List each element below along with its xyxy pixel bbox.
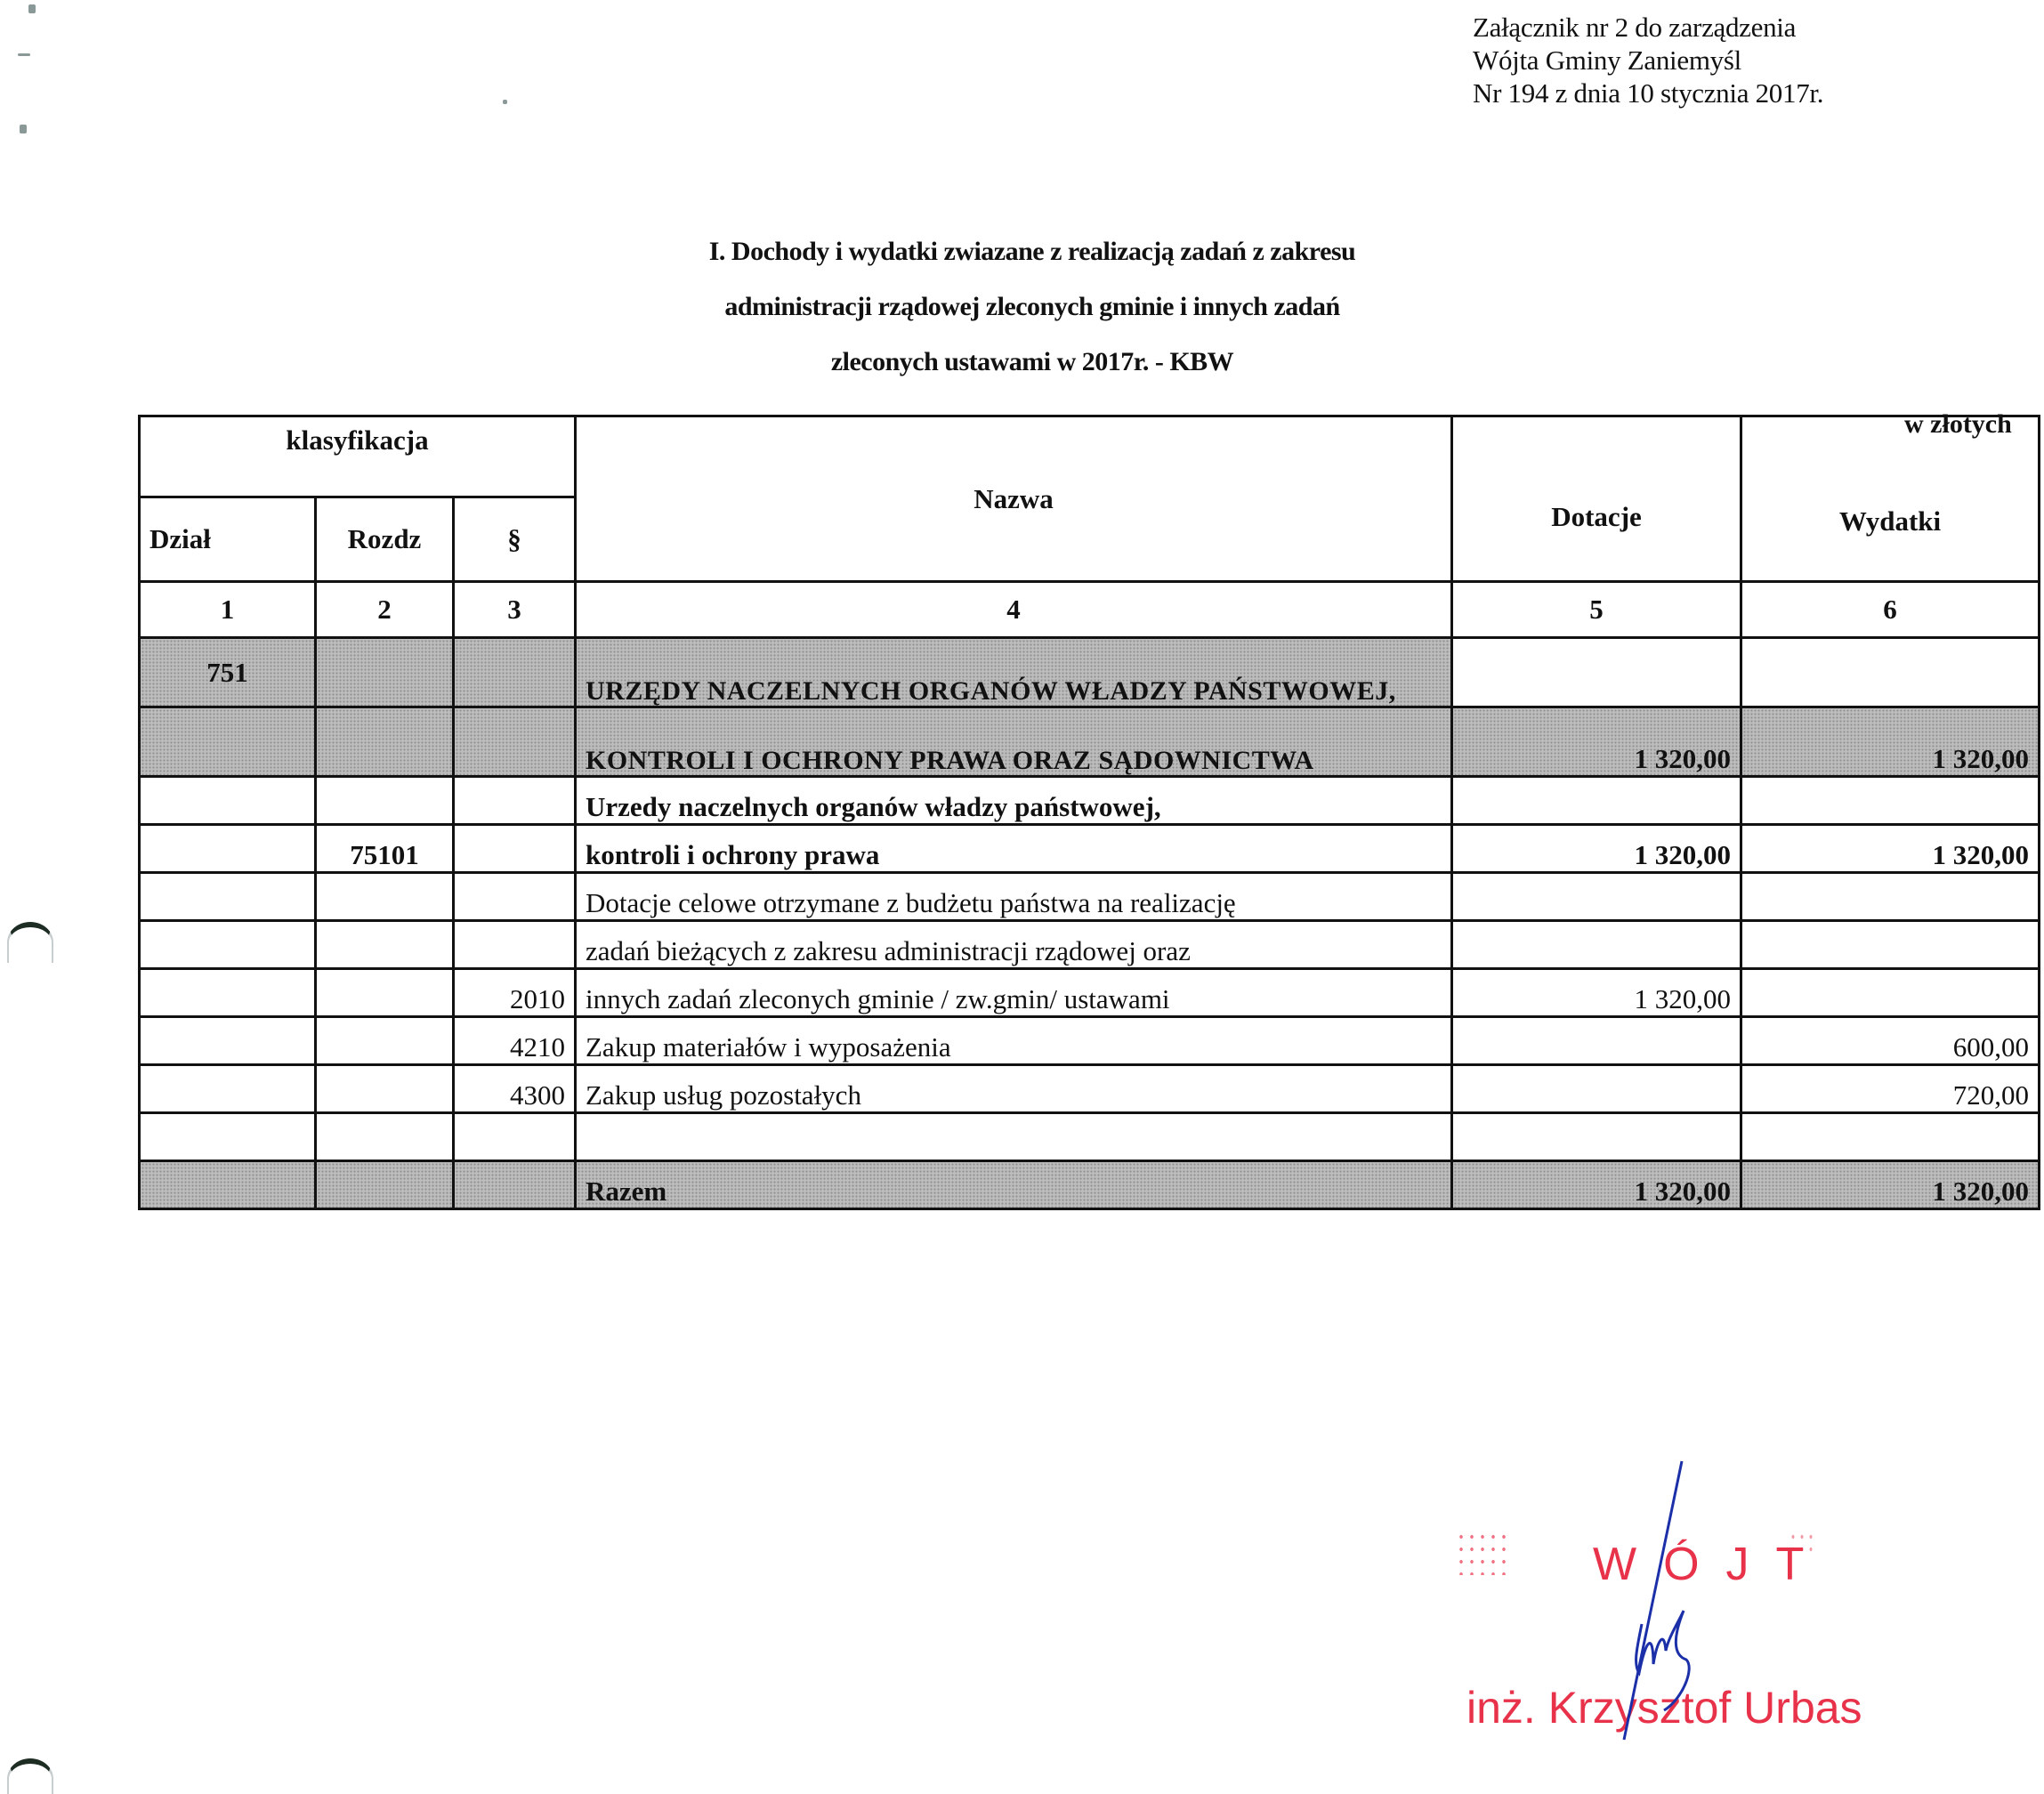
attachment-line-2: Wójta Gminy Zaniemyśl	[1473, 44, 1823, 77]
table-row: KONTROLI I OCHRONY PRAWA ORAZ SĄDOWNICTW…	[140, 707, 2040, 777]
cell-nazwa	[576, 1113, 1452, 1161]
cell-wydatki	[1741, 873, 2040, 921]
cell-dzial	[140, 1017, 316, 1065]
total-row: Razem1 320,001 320,00	[140, 1161, 2040, 1209]
scan-speck	[28, 4, 36, 13]
cell-dotacje	[1452, 1017, 1741, 1065]
cell-wydatki: 1 320,00	[1741, 825, 2040, 873]
cell-wydatki: 600,00	[1741, 1017, 2040, 1065]
cell-rozdz	[316, 707, 454, 777]
cell-wydatki	[1741, 777, 2040, 825]
table-row	[140, 1113, 2040, 1161]
cell-nazwa: Urzedy naczelnych organów władzy państwo…	[576, 777, 1452, 825]
cell-rozdz	[316, 777, 454, 825]
cell-paragraf	[454, 1113, 576, 1161]
cell-nazwa: Dotacje celowe otrzymane z budżetu państ…	[576, 873, 1452, 921]
signature	[1584, 1459, 1762, 1744]
cell-wydatki	[1741, 1113, 2040, 1161]
punch-hole-mark	[7, 922, 53, 963]
table-row: 75101kontroli i ochrony prawa1 320,001 3…	[140, 825, 2040, 873]
cell-dzial	[140, 969, 316, 1017]
table-row: Urzedy naczelnych organów władzy państwo…	[140, 777, 2040, 825]
cell-nazwa: innych zadań zleconych gminie / zw.gmin/…	[576, 969, 1452, 1017]
column-number: 4	[576, 582, 1452, 638]
cell-rozdz	[316, 969, 454, 1017]
cell-paragraf	[454, 873, 576, 921]
scan-speck	[20, 125, 27, 133]
title-line-1: I. Dochody i wydatki zwiazane z realizac…	[587, 224, 1477, 279]
total-empty-cell	[140, 1161, 316, 1209]
cell-wydatki	[1741, 969, 2040, 1017]
header-nazwa: Nazwa	[576, 416, 1452, 582]
cell-wydatki	[1741, 638, 2040, 707]
column-number-row: 1 2 3 4 5 6	[140, 582, 2040, 638]
total-empty-cell	[316, 1161, 454, 1209]
budget-table: klasyfikacja Nazwa Dotacje Wydatki Dział…	[138, 415, 2040, 1210]
cell-nazwa: KONTROLI I OCHRONY PRAWA ORAZ SĄDOWNICTW…	[576, 707, 1452, 777]
scan-speck	[18, 53, 30, 56]
cell-dotacje	[1452, 1113, 1741, 1161]
column-number: 5	[1452, 582, 1741, 638]
cell-paragraf	[454, 777, 576, 825]
table-row: Dotacje celowe otrzymane z budżetu państ…	[140, 873, 2040, 921]
cell-nazwa: Zakup usług pozostałych	[576, 1065, 1452, 1113]
cell-wydatki	[1741, 921, 2040, 969]
cell-paragraf	[454, 921, 576, 969]
cell-dotacje: 1 320,00	[1452, 707, 1741, 777]
cell-dotacje: 1 320,00	[1452, 825, 1741, 873]
stamp-dots	[1456, 1531, 1509, 1575]
cell-nazwa: kontroli i ochrony prawa	[576, 825, 1452, 873]
cell-wydatki: 720,00	[1741, 1065, 2040, 1113]
header-rozdz: Rozdz	[316, 497, 454, 582]
cell-nazwa: Zakup materiałów i wyposażenia	[576, 1017, 1452, 1065]
header-klasyfikacja: klasyfikacja	[140, 416, 576, 497]
cell-paragraf	[454, 825, 576, 873]
cell-dzial	[140, 921, 316, 969]
cell-paragraf: 4300	[454, 1065, 576, 1113]
cell-dzial	[140, 777, 316, 825]
cell-dzial	[140, 707, 316, 777]
title-line-3: zleconych ustawami w 2017r. - KBW	[587, 335, 1477, 390]
cell-nazwa: zadań bieżących z zakresu administracji …	[576, 921, 1452, 969]
table-row: 4300Zakup usług pozostałych720,00	[140, 1065, 2040, 1113]
header-dotacje: Dotacje	[1452, 416, 1741, 582]
table-row: 751URZĘDY NACZELNYCH ORGANÓW WŁADZY PAŃS…	[140, 638, 2040, 707]
cell-rozdz	[316, 1065, 454, 1113]
cell-paragraf: 4210	[454, 1017, 576, 1065]
cell-dotacje	[1452, 777, 1741, 825]
header-paragraf: §	[454, 497, 576, 582]
cell-rozdz: 75101	[316, 825, 454, 873]
cell-dzial	[140, 1113, 316, 1161]
column-number: 6	[1741, 582, 2040, 638]
table-row: 4210Zakup materiałów i wyposażenia600,00	[140, 1017, 2040, 1065]
header-wydatki: Wydatki	[1741, 416, 2040, 582]
column-number: 2	[316, 582, 454, 638]
attachment-line-1: Załącznik nr 2 do zarządzenia	[1473, 11, 1823, 44]
cell-dotacje	[1452, 1065, 1741, 1113]
cell-wydatki: 1 320,00	[1741, 707, 2040, 777]
punch-hole-mark	[7, 1758, 53, 1794]
table-row: 2010innych zadań zleconych gminie / zw.g…	[140, 969, 2040, 1017]
total-label: Razem	[576, 1161, 1452, 1209]
total-dotacje: 1 320,00	[1452, 1161, 1741, 1209]
header-dzial: Dział	[140, 497, 316, 582]
attachment-line-3: Nr 194 z dnia 10 stycznia 2017r.	[1473, 77, 1823, 109]
cell-rozdz	[316, 638, 454, 707]
cell-rozdz	[316, 1017, 454, 1065]
cell-dotacje	[1452, 921, 1741, 969]
total-empty-cell	[454, 1161, 576, 1209]
title-line-2: administracji rządowej zleconych gminie …	[587, 279, 1477, 335]
cell-dzial	[140, 1065, 316, 1113]
cell-dzial	[140, 825, 316, 873]
cell-dzial: 751	[140, 638, 316, 707]
cell-dotacje: 1 320,00	[1452, 969, 1741, 1017]
cell-rozdz	[316, 873, 454, 921]
cell-paragraf	[454, 638, 576, 707]
cell-dzial	[140, 873, 316, 921]
column-number: 1	[140, 582, 316, 638]
attachment-note: Załącznik nr 2 do zarządzenia Wójta Gmin…	[1473, 11, 1823, 109]
cell-paragraf	[454, 707, 576, 777]
column-number: 3	[454, 582, 576, 638]
scan-speck	[503, 100, 507, 104]
cell-rozdz	[316, 921, 454, 969]
document-title: I. Dochody i wydatki zwiazane z realizac…	[587, 224, 1477, 390]
cell-paragraf: 2010	[454, 969, 576, 1017]
cell-nazwa: URZĘDY NACZELNYCH ORGANÓW WŁADZY PAŃSTWO…	[576, 638, 1452, 707]
cell-dotacje	[1452, 873, 1741, 921]
total-wydatki: 1 320,00	[1741, 1161, 2040, 1209]
table-row: zadań bieżących z zakresu administracji …	[140, 921, 2040, 969]
cell-dotacje	[1452, 638, 1741, 707]
cell-rozdz	[316, 1113, 454, 1161]
